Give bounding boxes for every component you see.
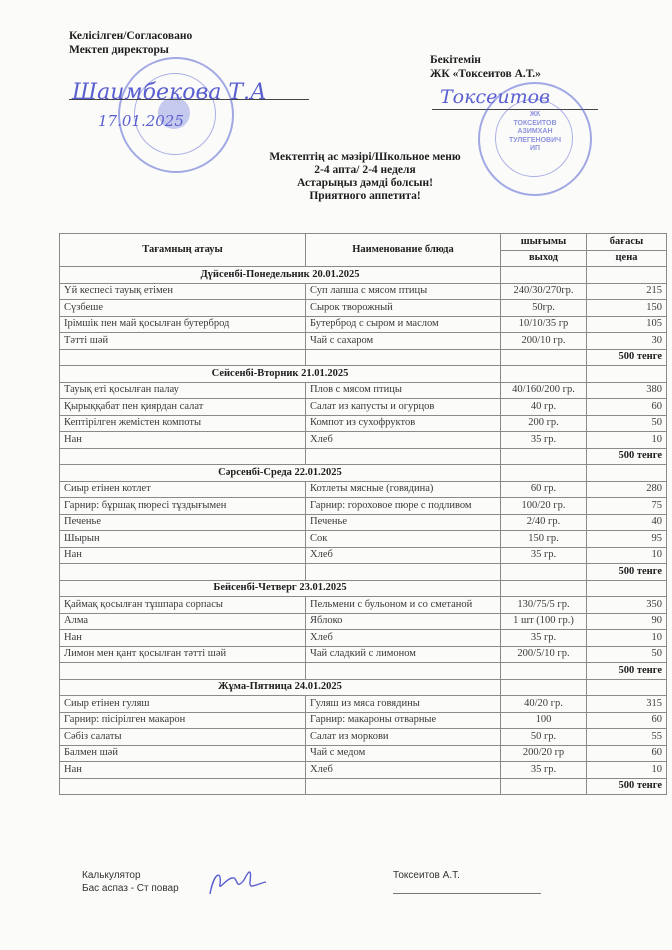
- dish-name-kz: Кептірілген жемістен компоты: [60, 415, 306, 432]
- menu-title-block: Мектептің ас мәзірі/Школьное меню 2-4 ап…: [200, 151, 530, 203]
- dish-output: 130/75/5 гр.: [501, 597, 587, 614]
- dish-name-kz: Қаймақ қосылған тұшпара сорпасы: [60, 597, 306, 614]
- table-row: Сиыр етінен котлетКотлеты мясные (говяди…: [60, 481, 667, 498]
- dish-name-kz: Гарнир: бұршақ пюресі тұздығымен: [60, 498, 306, 515]
- dish-name-kz: Үй кеспесі тауық етімен: [60, 283, 306, 300]
- dish-output: 100/20 гр.: [501, 498, 587, 515]
- day-label: Дүйсенбі-Понедельник 20.01.2025: [60, 267, 501, 284]
- dish-price: 350: [587, 597, 667, 614]
- dish-name-ru: Хлеб: [306, 630, 501, 647]
- dish-price: 55: [587, 729, 667, 746]
- day-total-row: 500 тенге: [60, 778, 667, 795]
- dish-output: 200/20 гр: [501, 745, 587, 762]
- dish-name-ru: Чай с сахаром: [306, 333, 501, 350]
- agreed-label: Келісілген/Согласовано: [69, 29, 192, 43]
- dish-name-kz: Қырыққабат пен қиярдан салат: [60, 399, 306, 416]
- table-row: Гарнир: пісірілген макаронГарнир: макаро…: [60, 712, 667, 729]
- day-label: Сейсенбі-Вторник 21.01.2025: [60, 366, 501, 383]
- day-total: 500 тенге: [587, 663, 667, 680]
- dish-output: 50 гр.: [501, 729, 587, 746]
- dish-output: 240/30/270гр.: [501, 283, 587, 300]
- dish-name-ru: Плов с мясом птицы: [306, 382, 501, 399]
- dish-output: 35 гр.: [501, 432, 587, 449]
- dish-price: 75: [587, 498, 667, 515]
- table-row: НанХлеб35 гр.10: [60, 432, 667, 449]
- dish-name-ru: Салат из капусты и огурцов: [306, 399, 501, 416]
- calculator-label: Калькулятор: [82, 869, 179, 882]
- footer-roles: Калькулятор Бас аспаз - Ст повар: [82, 869, 179, 895]
- day-total: 500 тенге: [587, 349, 667, 366]
- dish-price: 50: [587, 646, 667, 663]
- dish-price: 60: [587, 712, 667, 729]
- table-row: Тәтті шәйЧай с сахаром200/10 гр.30: [60, 333, 667, 350]
- table-row: Ірімшік пен май қосылған бутербродБутерб…: [60, 316, 667, 333]
- table-row: Лимон мен қант қосылған тәтті шәйЧай сла…: [60, 646, 667, 663]
- dish-price: 315: [587, 696, 667, 713]
- dish-name-kz: Сиыр етінен гуляш: [60, 696, 306, 713]
- day-header-row: Бейсенбі-Четверг 23.01.2025: [60, 580, 667, 597]
- dish-name-kz: Лимон мен қант қосылған тәтті шәй: [60, 646, 306, 663]
- dish-name-ru: Гарнир: макароны отварные: [306, 712, 501, 729]
- dish-name-ru: Хлеб: [306, 547, 501, 564]
- approved-label: Бекітемін: [430, 53, 541, 67]
- column-header-name-ru: Наименование блюда: [306, 234, 501, 267]
- dish-output: 40/20 гр.: [501, 696, 587, 713]
- entrepreneur-label: ЖК «Токсеитов А.Т.»: [430, 67, 541, 81]
- dish-price: 10: [587, 547, 667, 564]
- day-header-row: Сәрсенбі-Среда 22.01.2025: [60, 465, 667, 482]
- dish-name-kz: Сүзбеше: [60, 300, 306, 317]
- dish-output: 35 гр.: [501, 762, 587, 779]
- dish-name-kz: Тауық еті қосылған палау: [60, 382, 306, 399]
- director-signature-date: 17.01.2025: [98, 112, 184, 130]
- dish-name-ru: Хлеб: [306, 432, 501, 449]
- day-label: Бейсенбі-Четверг 23.01.2025: [60, 580, 501, 597]
- column-header-price-ru: цена: [587, 250, 667, 267]
- dish-output: 60 гр.: [501, 481, 587, 498]
- dish-price: 10: [587, 762, 667, 779]
- dish-price: 10: [587, 432, 667, 449]
- dish-output: 200/10 гр.: [501, 333, 587, 350]
- dish-name-ru: Гарнир: гороховое пюре с подливом: [306, 498, 501, 515]
- dish-output: 200/5/10 гр.: [501, 646, 587, 663]
- dish-output: 50гр.: [501, 300, 587, 317]
- table-row: НанХлеб35 гр.10: [60, 630, 667, 647]
- chef-label: Бас аспаз - Ст повар: [82, 882, 179, 895]
- dish-name-ru: Пельмени с бульоном и со сметаной: [306, 597, 501, 614]
- day-total: 500 тенге: [587, 448, 667, 465]
- dish-name-kz: Тәтті шәй: [60, 333, 306, 350]
- dish-price: 215: [587, 283, 667, 300]
- week-label: 2-4 апта/ 2-4 неделя: [200, 164, 530, 177]
- dish-name-kz: Нан: [60, 432, 306, 449]
- table-row: Тауық еті қосылған палауПлов с мясом пти…: [60, 382, 667, 399]
- dish-name-ru: Котлеты мясные (говядина): [306, 481, 501, 498]
- dish-name-kz: Печенье: [60, 514, 306, 531]
- dish-price: 150: [587, 300, 667, 317]
- table-row: НанХлеб35 гр.10: [60, 762, 667, 779]
- dish-output: 35 гр.: [501, 547, 587, 564]
- dish-price: 50: [587, 415, 667, 432]
- dish-name-ru: Чай с медом: [306, 745, 501, 762]
- day-total-row: 500 тенге: [60, 448, 667, 465]
- day-total-row: 500 тенге: [60, 663, 667, 680]
- director-signature: Шаимбекова Т.А: [72, 80, 267, 105]
- column-header-name-kz: Тағамның атауы: [60, 234, 306, 267]
- table-row: СүзбешеСырок творожный50гр.150: [60, 300, 667, 317]
- column-header-output-kz: шығымы: [501, 234, 587, 251]
- table-row: Балмен шәйЧай с медом200/20 гр60: [60, 745, 667, 762]
- table-row: Қаймақ қосылған тұшпара сорпасыПельмени …: [60, 597, 667, 614]
- menu-table: Тағамның атауы Наименование блюда шығымы…: [59, 233, 667, 795]
- dish-price: 40: [587, 514, 667, 531]
- table-row: Сәбіз салатыСалат из моркови50 гр.55: [60, 729, 667, 746]
- dish-name-ru: Суп лапша с мясом птицы: [306, 283, 501, 300]
- table-row: НанХлеб35 гр.10: [60, 547, 667, 564]
- dish-name-ru: Чай сладкий с лимоном: [306, 646, 501, 663]
- dish-output: 35 гр.: [501, 630, 587, 647]
- approval-left-block: Келісілген/Согласовано Мектеп директоры: [69, 29, 192, 57]
- dish-name-ru: Салат из моркови: [306, 729, 501, 746]
- day-header-row: Сейсенбі-Вторник 21.01.2025: [60, 366, 667, 383]
- day-label: Сәрсенбі-Среда 22.01.2025: [60, 465, 501, 482]
- dish-output: 1 шт (100 гр.): [501, 613, 587, 630]
- day-header-row: Дүйсенбі-Понедельник 20.01.2025: [60, 267, 667, 284]
- responsible-name: Токсеитов А.Т.: [393, 869, 460, 882]
- column-header-price-kz: бағасы: [587, 234, 667, 251]
- dish-name-kz: Нан: [60, 630, 306, 647]
- dish-name-ru: Печенье: [306, 514, 501, 531]
- dish-name-kz: Шырын: [60, 531, 306, 548]
- page-title: Мектептің ас мәзірі/Школьное меню: [200, 151, 530, 164]
- school-director-label: Мектеп директоры: [69, 43, 192, 57]
- dish-price: 60: [587, 745, 667, 762]
- dish-output: 200 гр.: [501, 415, 587, 432]
- dish-price: 105: [587, 316, 667, 333]
- day-total: 500 тенге: [587, 778, 667, 795]
- table-row: Гарнир: бұршақ пюресі тұздығыменГарнир: …: [60, 498, 667, 515]
- approval-right-block: Бекітемін ЖК «Токсеитов А.Т.»: [430, 53, 541, 81]
- dish-name-kz: Балмен шәй: [60, 745, 306, 762]
- dish-price: 90: [587, 613, 667, 630]
- dish-output: 150 гр.: [501, 531, 587, 548]
- dish-price: 280: [587, 481, 667, 498]
- dish-price: 60: [587, 399, 667, 416]
- chef-signature: [200, 862, 270, 902]
- dish-output: 40/160/200 гр.: [501, 382, 587, 399]
- dish-name-ru: Хлеб: [306, 762, 501, 779]
- table-row: ШырынСок150 гр.95: [60, 531, 667, 548]
- dish-name-ru: Компот из сухофруктов: [306, 415, 501, 432]
- dish-name-kz: Нан: [60, 762, 306, 779]
- table-row: Үй кеспесі тауық етіменСуп лапша с мясом…: [60, 283, 667, 300]
- dish-name-kz: Ірімшік пен май қосылған бутерброд: [60, 316, 306, 333]
- dish-name-kz: Алма: [60, 613, 306, 630]
- table-row: Сиыр етінен гуляшГуляш из мяса говядины4…: [60, 696, 667, 713]
- dish-output: 10/10/35 гр: [501, 316, 587, 333]
- dish-name-kz: Гарнир: пісірілген макарон: [60, 712, 306, 729]
- dish-price: 10: [587, 630, 667, 647]
- dish-price: 380: [587, 382, 667, 399]
- day-total: 500 тенге: [587, 564, 667, 581]
- table-row: АлмаЯблоко1 шт (100 гр.)90: [60, 613, 667, 630]
- day-total-row: 500 тенге: [60, 349, 667, 366]
- dish-name-ru: Гуляш из мяса говядины: [306, 696, 501, 713]
- dish-name-kz: Нан: [60, 547, 306, 564]
- dish-name-ru: Сырок творожный: [306, 300, 501, 317]
- dish-name-ru: Бутерброд с сыром и маслом: [306, 316, 501, 333]
- table-row: ПеченьеПеченье2/40 гр.40: [60, 514, 667, 531]
- dish-output: 2/40 гр.: [501, 514, 587, 531]
- table-row: Кептірілген жемістен компотыКомпот из су…: [60, 415, 667, 432]
- dish-output: 100: [501, 712, 587, 729]
- dish-output: 40 гр.: [501, 399, 587, 416]
- dish-price: 95: [587, 531, 667, 548]
- responsible-signature-line: [393, 893, 541, 894]
- dish-name-kz: Сәбіз салаты: [60, 729, 306, 746]
- greeting-ru: Приятного аппетита!: [200, 190, 530, 203]
- dish-name-ru: Яблоко: [306, 613, 501, 630]
- day-header-row: Жұма-Пятница 24.01.2025: [60, 679, 667, 696]
- greeting-kz: Астарыңыз дәмді болсын!: [200, 177, 530, 190]
- dish-name-ru: Сок: [306, 531, 501, 548]
- column-header-output-ru: выход: [501, 250, 587, 267]
- dish-name-kz: Сиыр етінен котлет: [60, 481, 306, 498]
- day-label: Жұма-Пятница 24.01.2025: [60, 679, 501, 696]
- dish-price: 30: [587, 333, 667, 350]
- day-total-row: 500 тенге: [60, 564, 667, 581]
- table-row: Қырыққабат пен қиярдан салатСалат из кап…: [60, 399, 667, 416]
